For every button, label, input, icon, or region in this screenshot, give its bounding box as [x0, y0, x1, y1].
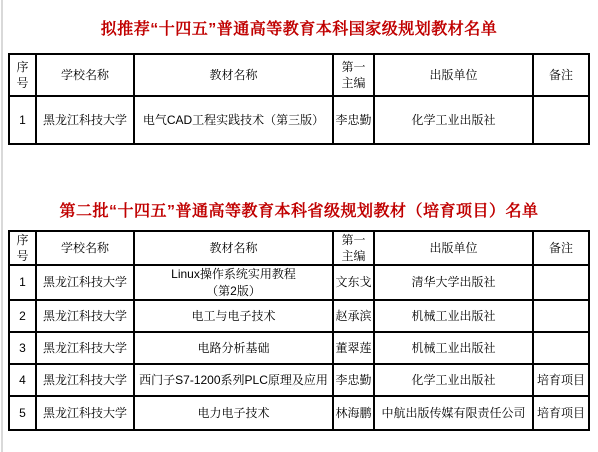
document-page: { "document": { "title_color": "#c00000"… [0, 0, 598, 452]
col-header-publisher: 出版单位 [374, 231, 533, 265]
cell-book: 电力电子技术 [134, 396, 333, 430]
cell-school: 黑龙江科技大学 [36, 396, 134, 430]
table-row: 3 黑龙江科技大学 电路分析基础 董翠莲 机械工业出版社 [9, 332, 589, 364]
col-header-remark: 备注 [533, 231, 589, 265]
cell-book: Linux操作系统实用教程 （第2版） [134, 265, 333, 299]
cell-remark [533, 300, 589, 332]
cell-editor: 李忠勤 [333, 96, 374, 144]
cell-index: 3 [9, 332, 36, 364]
cell-publisher: 清华大学出版社 [374, 265, 533, 299]
cell-remark [533, 265, 589, 299]
cell-remark [533, 96, 589, 144]
cell-school: 黑龙江科技大学 [36, 332, 134, 364]
col-header-editor: 第一 主编 [333, 54, 374, 96]
cell-publisher: 化学工业出版社 [374, 364, 533, 396]
cell-remark: 培育项目 [533, 364, 589, 396]
col-header-school: 学校名称 [36, 54, 134, 96]
table-row: 5 黑龙江科技大学 电力电子技术 林海鹏 中航出版传媒有限责任公司 培育项目 [9, 396, 589, 430]
table-row: 2 黑龙江科技大学 电工与电子技术 赵承滨 机械工业出版社 [9, 300, 589, 332]
table-row: 1 黑龙江科技大学 电气CAD工程实践技术（第三版） 李忠勤 化学工业出版社 [9, 96, 589, 144]
cell-book: 电工与电子技术 [134, 300, 333, 332]
col-header-book: 教材名称 [134, 54, 333, 96]
cell-publisher: 机械工业出版社 [374, 300, 533, 332]
col-header-index: 序号 [9, 231, 36, 265]
cell-index: 1 [9, 265, 36, 299]
col-header-editor: 第一 主编 [333, 231, 374, 265]
table-row: 1 黑龙江科技大学 Linux操作系统实用教程 （第2版） 文东戈 清华大学出版… [9, 265, 589, 299]
cell-editor: 李忠勤 [333, 364, 374, 396]
page-left-edge [1, 0, 3, 452]
table-header-row: 序号 学校名称 教材名称 第一 主编 出版单位 备注 [9, 54, 589, 96]
table-row: 4 黑龙江科技大学 西门子S7-1200系列PLC原理及应用 李忠勤 化学工业出… [9, 364, 589, 396]
cell-index: 4 [9, 364, 36, 396]
cell-remark [533, 332, 589, 364]
cell-book: 西门子S7-1200系列PLC原理及应用 [134, 364, 333, 396]
table-header-row: 序号 学校名称 教材名称 第一 主编 出版单位 备注 [9, 231, 589, 265]
col-header-remark: 备注 [533, 54, 589, 96]
cell-publisher: 化学工业出版社 [374, 96, 533, 144]
cell-index: 5 [9, 396, 36, 430]
col-header-index: 序号 [9, 54, 36, 96]
col-header-book: 教材名称 [134, 231, 333, 265]
cell-publisher: 机械工业出版社 [374, 332, 533, 364]
cell-school: 黑龙江科技大学 [36, 265, 134, 299]
cell-book: 电气CAD工程实践技术（第三版） [134, 96, 333, 144]
cell-editor: 赵承滨 [333, 300, 374, 332]
cell-school: 黑龙江科技大学 [36, 364, 134, 396]
cell-index: 2 [9, 300, 36, 332]
provincial-list-title: 第二批“十四五”普通高等教育本科省级规划教材（培育项目）名单 [8, 198, 590, 221]
cell-remark: 培育项目 [533, 396, 589, 430]
cell-editor: 林海鹏 [333, 396, 374, 430]
cell-school: 黑龙江科技大学 [36, 96, 134, 144]
cell-editor: 文东戈 [333, 265, 374, 299]
col-header-publisher: 出版单位 [374, 54, 533, 96]
national-list-title: 拟推荐“十四五”普通高等教育本科国家级规划教材名单 [8, 16, 590, 39]
col-header-school: 学校名称 [36, 231, 134, 265]
cell-school: 黑龙江科技大学 [36, 300, 134, 332]
provincial-textbook-table: 序号 学校名称 教材名称 第一 主编 出版单位 备注 1 黑龙江科技大学 Lin… [8, 230, 590, 431]
cell-index: 1 [9, 96, 36, 144]
cell-publisher: 中航出版传媒有限责任公司 [374, 396, 533, 430]
national-textbook-table: 序号 学校名称 教材名称 第一 主编 出版单位 备注 1 黑龙江科技大学 电气C… [8, 53, 590, 145]
cell-book: 电路分析基础 [134, 332, 333, 364]
cell-editor: 董翠莲 [333, 332, 374, 364]
